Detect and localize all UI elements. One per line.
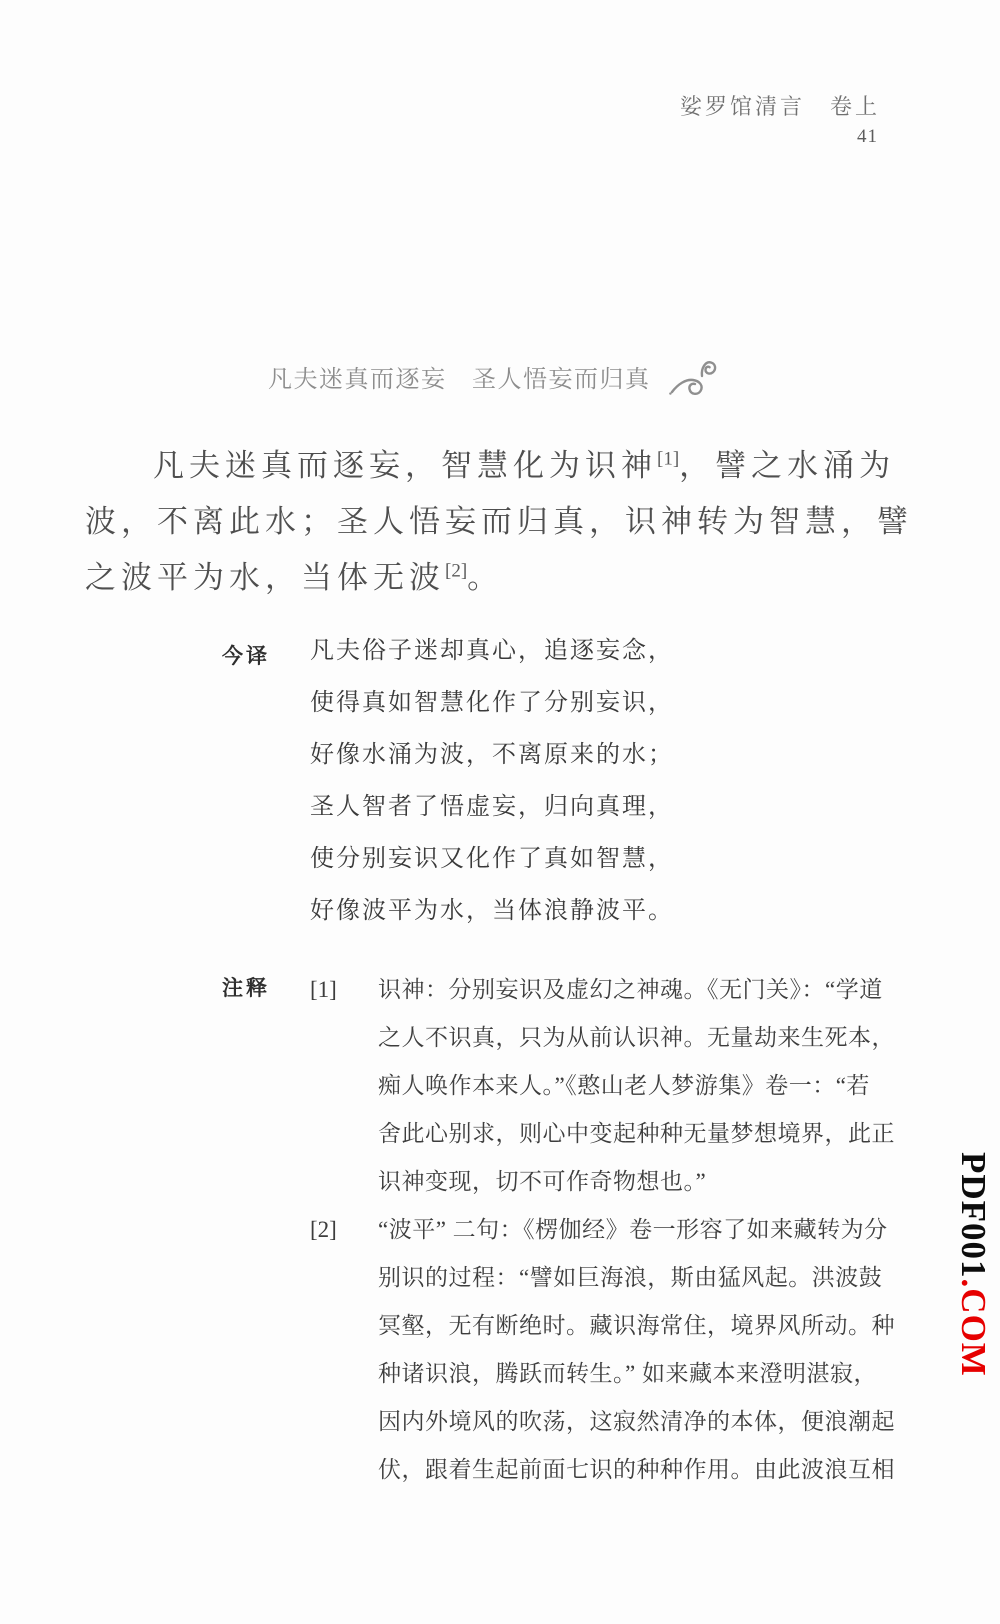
note-line: 种诸识浪，腾跃而转生。” 如来藏本来澄明湛寂， <box>310 1350 895 1398</box>
watermark: PDF001.COM <box>953 1152 993 1377</box>
note-marker: [1] <box>310 966 378 1014</box>
note-line: 之人不识真，只为从前认识神。无量劫来生死本， <box>310 1014 895 1062</box>
passage-text: 。 <box>467 560 503 595</box>
translation-block: 凡夫俗子迷却真心，追逐妄念， 使得真如智慧化作了分别妄识， 好像水涌为波，不离原… <box>310 625 674 937</box>
main-passage-line: 波，不离此水；圣人悟妄而归真，识神转为智慧，譬 <box>85 494 920 550</box>
translation-line: 圣人智者了悟虚妄，归向真理， <box>310 781 674 833</box>
translation-line: 凡夫俗子迷却真心，追逐妄念， <box>310 625 674 677</box>
page-number: 41 <box>857 126 878 148</box>
passage-text: 凡夫迷真而逐妄，智慧化为识神 <box>153 448 657 483</box>
note-line: 舍此心别求，则心中变起种种无量梦想境界，此正 <box>310 1110 895 1158</box>
note-line: [1]识神：分别妄识及虚幻之神魂。《无门关》：“学道 <box>310 966 895 1014</box>
translation-label: 今译 <box>222 640 270 670</box>
note-2: [2]“波平” 二句：《楞伽经》卷一形容了如来藏转为分 别识的过程：“譬如巨海浪… <box>310 1206 895 1494</box>
notes-label: 注释 <box>222 972 270 1002</box>
note-text: “波平” 二句：《楞伽经》卷一形容了如来藏转为分 <box>378 1217 888 1242</box>
section-title-row: 凡夫迷真而逐妄 圣人悟妄而归真 <box>268 350 719 402</box>
note-line: 因内外境风的吹荡，这寂然清净的本体，便浪潮起 <box>310 1398 895 1446</box>
section-title: 凡夫迷真而逐妄 圣人悟妄而归真 <box>268 359 651 394</box>
watermark-domain: PDF001 <box>954 1152 993 1279</box>
swirl-flourish-icon <box>667 356 719 402</box>
watermark-tld: .COM <box>954 1279 993 1377</box>
note-text: 识神：分别妄识及虚幻之神魂。《无门关》：“学道 <box>378 977 883 1002</box>
footnote-ref-1: [1] <box>657 449 679 470</box>
main-passage-line: 之波平为水，当体无波[2]。 <box>85 550 920 606</box>
note-1: [1]识神：分别妄识及虚幻之神魂。《无门关》：“学道 之人不识真，只为从前认识神… <box>310 966 895 1206</box>
note-line: 别识的过程：“譬如巨海浪，斯由猛风起。洪波鼓 <box>310 1254 895 1302</box>
translation-line: 好像波平为水，当体浪静波平。 <box>310 885 674 937</box>
translation-line: 好像水涌为波，不离原来的水； <box>310 729 674 781</box>
note-line: [2]“波平” 二句：《楞伽经》卷一形容了如来藏转为分 <box>310 1206 895 1254</box>
translation-line: 使得真如智慧化作了分别妄识， <box>310 677 674 729</box>
main-passage-line: 凡夫迷真而逐妄，智慧化为识神[1]，譬之水涌为 <box>85 438 920 494</box>
note-line: 伏，跟着生起前面七识的种种作用。由此波浪互相 <box>310 1446 895 1494</box>
notes-block: [1]识神：分别妄识及虚幻之神魂。《无门关》：“学道 之人不识真，只为从前认识神… <box>310 966 895 1494</box>
note-line: 识神变现，切不可作奇物想也。” <box>310 1158 895 1206</box>
main-passage: 凡夫迷真而逐妄，智慧化为识神[1]，譬之水涌为 波，不离此水；圣人悟妄而归真，识… <box>85 438 920 606</box>
note-marker: [2] <box>310 1206 378 1254</box>
scanned-book-page: 娑罗馆清言 卷上 41 凡夫迷真而逐妄 圣人悟妄而归真 凡夫迷真而逐妄，智慧化为… <box>0 0 1000 1624</box>
translation-line: 使分别妄识又化作了真如智慧， <box>310 833 674 885</box>
running-header: 娑罗馆清言 卷上 <box>680 90 880 121</box>
passage-text: ，譬之水涌为 <box>679 448 895 483</box>
note-line: 痴人唤作本来人。”《憨山老人梦游集》卷一：“若 <box>310 1062 895 1110</box>
note-line: 冥壑，无有断绝时。藏识海常住，境界风所动。种 <box>310 1302 895 1350</box>
passage-text: 之波平为水，当体无波 <box>85 560 445 595</box>
footnote-ref-2: [2] <box>445 561 467 582</box>
